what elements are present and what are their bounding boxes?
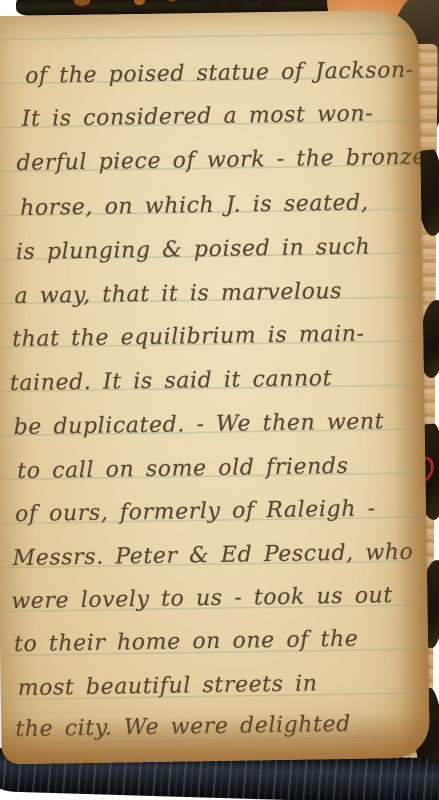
rust-spot xyxy=(74,0,90,6)
burned-edge-bottom xyxy=(1,712,430,765)
rust-spot xyxy=(134,0,145,5)
handwriting-line: derful piece of work - the bronze xyxy=(16,143,426,183)
handwriting-line: Messrs. Peter & Ed Pescud, who xyxy=(12,538,413,578)
handwriting-line: that the equilibrium is main- xyxy=(12,320,365,360)
handwriting-line: be duplicated. - We then went xyxy=(13,407,384,447)
handwriting-line: It is considered a most won- xyxy=(22,99,374,139)
handwriting-line: is plunging & poised in such xyxy=(16,232,371,272)
handwriting-line: were lovely to us - took us out xyxy=(11,581,393,621)
handwriting-line: of ours, formerly of Raleigh - xyxy=(15,494,376,534)
handwriting-line: tained. It is said it cannot xyxy=(10,364,333,403)
handwriting-line: a way, that it is marvelous xyxy=(14,277,342,316)
diary-page: of the poised statue of Jackson- It is c… xyxy=(0,10,430,765)
handwriting-line: horse, on which J. is seated, xyxy=(20,188,369,227)
cover-torn-bump xyxy=(230,0,242,11)
handwriting-line: to call on some old friends xyxy=(17,452,349,491)
notebook-photo: of the poised statue of Jackson- It is c… xyxy=(0,0,439,800)
handwriting-line: of the poised statue of Jackson- xyxy=(25,56,414,96)
cover-torn-bump xyxy=(206,0,222,12)
rust-spot xyxy=(168,0,177,2)
handwriting-line: to their home on one of the xyxy=(14,625,359,664)
handwriting-line: most beautiful streets in xyxy=(17,669,317,708)
cover-torn-bump xyxy=(262,0,276,11)
